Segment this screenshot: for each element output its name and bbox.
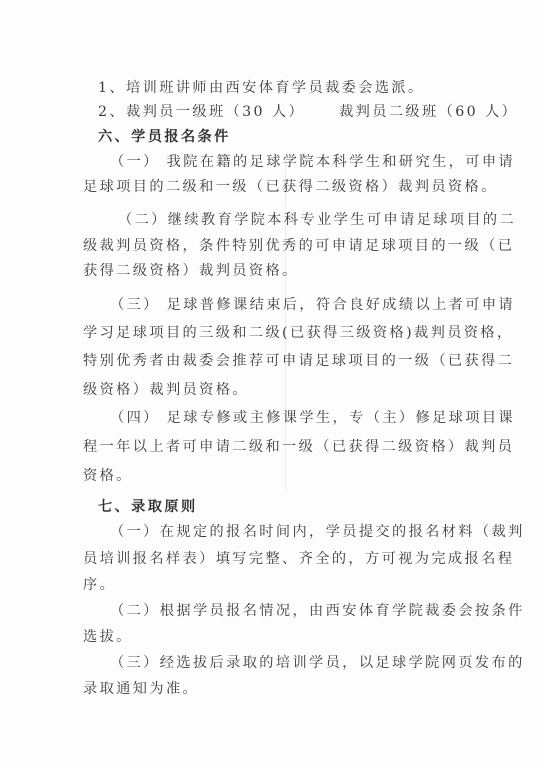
item-1: 1、培训班讲师由西安体育学员裁委会选派。 (98, 79, 483, 97)
section-6-line: 级资格）裁判员资格。 (83, 381, 468, 399)
section-6-line: （二）继续教育学院本科专业学生可申请足球项目的二 (118, 211, 503, 229)
section-6-line: （三） 足球普修课结束后，符合良好成绩以上者可申请 (110, 296, 495, 314)
item-2: 2、裁判员一级班（30 人）裁判员二级班（60 人） (98, 103, 483, 121)
section-6-line: （四） 足球专修或主修课学生，专（主）修足球项目课 (110, 409, 495, 427)
section-6-heading: 六、学员报名条件 (98, 128, 483, 146)
section-6-line: （一） 我院在籍的足球学院本科学生和研究生，可申请 (110, 153, 495, 171)
section-7-line: 录取通知为准。 (83, 680, 468, 698)
item-2-level1: 2、裁判员一级班（30 人） (98, 104, 305, 120)
section-6-line: 程一年以上者可申请二级和一级（已获得二级资格）裁判员 (83, 438, 468, 456)
section-7-line: （二）根据学员报名情况，由西安体育学院裁委会按条件 (110, 602, 495, 620)
section-7-line: （三）经选拔后录取的培训学员，以足球学院网页发布的 (110, 654, 495, 672)
section-6-line: 足球项目的二级和一级（已获得二级资格）裁判员资格。 (83, 178, 468, 196)
item-2-level2: 裁判员二级班（60 人） (339, 104, 518, 120)
section-7-line: 员培训报名样表）填写完整、齐全的，方可视为完成报名程 (83, 550, 468, 568)
section-6-line: 学习足球项目的三级和二级(已获得三级资格)裁判员资格， (83, 324, 468, 342)
section-7-line: 序。 (83, 576, 468, 594)
section-7-line: 选拔。 (83, 628, 468, 646)
section-6-line: 级裁判员资格，条件特别优秀的可申请足球项目的一级（已 (83, 237, 468, 255)
section-6-line: 资格。 (83, 467, 468, 485)
section-6-line: 获得二级资格）裁判员资格。 (83, 262, 468, 280)
section-7-heading: 七、录取原则 (98, 498, 483, 516)
document-page: 1、培训班讲师由西安体育学员裁委会选派。 2、裁判员一级班（30 人）裁判员二级… (0, 0, 543, 768)
section-6-line: 特别优秀者由裁委会推荐可申请足球项目的一级（已获得二 (83, 352, 468, 370)
section-7-line: （一）在规定的报名时间内，学员提交的报名材料（裁判 (110, 523, 495, 541)
